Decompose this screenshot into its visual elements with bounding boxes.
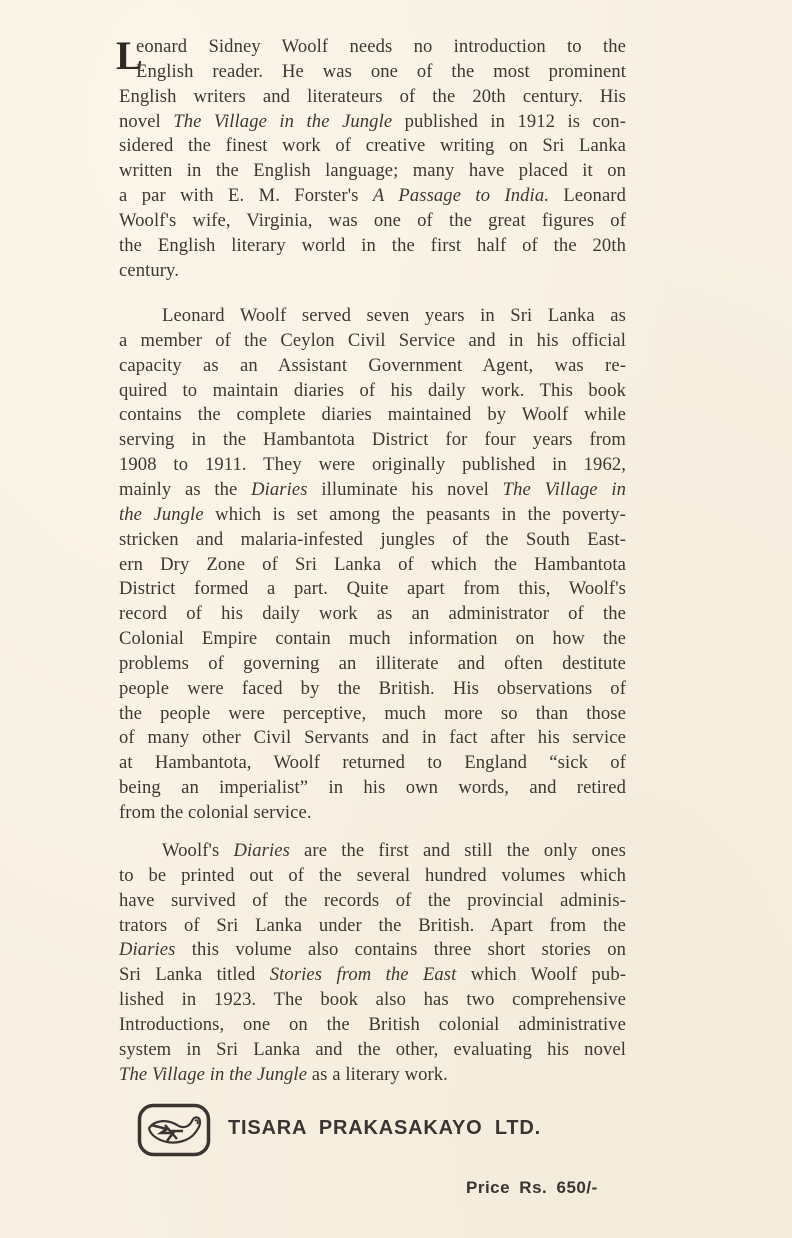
- text-segment: illuminate his novel: [308, 479, 503, 500]
- text-segment: capacity as an Assistant Government Agen…: [119, 355, 626, 376]
- text-line: Woolf's Diaries are the first and still …: [162, 840, 626, 862]
- italic-title: Diaries: [233, 840, 289, 861]
- text-line: a member of the Ceylon Civil Service and…: [119, 330, 626, 352]
- price-label: Price Rs. 650/-: [466, 1178, 598, 1198]
- text-line: being an imperialist” in his own words, …: [119, 777, 626, 799]
- text-segment: system in Sri Lanka and the other, evalu…: [119, 1039, 626, 1060]
- text-line: people were faced by the British. His ob…: [119, 678, 626, 700]
- text-line: Sri Lanka titled Stories from the East w…: [119, 964, 626, 986]
- text-line: the people were perceptive, much more so…: [119, 703, 626, 725]
- text-line: Introductions, one on the British coloni…: [119, 1014, 626, 1036]
- italic-title: The Village in: [503, 479, 626, 500]
- text-line: District formed a part. Quite apart from…: [119, 578, 626, 600]
- text-segment: as a literary work.: [307, 1064, 448, 1085]
- text-line: have survived of the records of the prov…: [119, 890, 626, 912]
- text-line: sidered the finest work of creative writ…: [119, 135, 626, 157]
- text-segment: to be printed out of the several hundred…: [119, 865, 626, 886]
- text-segment: of many other Civil Servants and in fact…: [119, 727, 626, 748]
- text-segment: the people were perceptive, much more so…: [119, 703, 626, 724]
- text-segment: lished in 1923. The book also has two co…: [119, 989, 626, 1010]
- text-line: at Hambantota, Woolf returned to England…: [119, 752, 626, 774]
- italic-title: The Village in the Jungle: [173, 111, 392, 132]
- text-line: English writers and literateurs of the 2…: [119, 86, 626, 108]
- text-segment: sidered the finest work of creative writ…: [119, 135, 626, 156]
- text-segment: which is set among the peasants in the p…: [204, 504, 626, 525]
- text-line: 1908 to 1911. They were originally publi…: [119, 454, 626, 476]
- text-line: from the colonial service.: [119, 802, 626, 824]
- text-segment: from the colonial service.: [119, 802, 312, 823]
- publisher-name: TISARA PRAKASAKAYO LTD.: [228, 1117, 541, 1140]
- text-segment: Leonard Woolf served seven years in Sri …: [162, 305, 626, 326]
- text-segment: the English literary world in the first …: [119, 235, 626, 256]
- italic-title: the Jungle: [119, 504, 204, 525]
- text-line: Woolf's wife, Virginia, was one of the g…: [119, 210, 626, 232]
- text-segment: century.: [119, 260, 179, 281]
- text-segment: Sri Lanka titled: [119, 964, 270, 985]
- text-line: trators of Sri Lanka under the British. …: [119, 915, 626, 937]
- text-line: capacity as an Assistant Government Agen…: [119, 355, 626, 377]
- text-line: of many other Civil Servants and in fact…: [119, 727, 626, 749]
- text-segment: have survived of the records of the prov…: [119, 890, 626, 911]
- text-line: English reader. He was one of the most p…: [136, 61, 626, 83]
- text-line: written in the English language; many ha…: [119, 160, 626, 182]
- italic-title: A Passage to India.: [373, 185, 549, 206]
- italic-title: The Village in the Jungle: [119, 1064, 307, 1085]
- text-line: mainly as the Diaries illuminate his nov…: [119, 479, 626, 501]
- text-segment: stricken and malaria-infested jungles of…: [119, 529, 626, 550]
- text-segment: 1908 to 1911. They were originally publi…: [119, 454, 626, 475]
- text-segment: a par with E. M. Forster's: [119, 185, 373, 206]
- italic-title: Diaries: [119, 939, 175, 960]
- text-segment: people were faced by the British. His ob…: [119, 678, 626, 699]
- text-line: Colonial Empire contain much information…: [119, 628, 626, 650]
- text-segment: English writers and literateurs of the 2…: [119, 86, 626, 107]
- text-segment: mainly as the: [119, 479, 251, 500]
- text-line: Diaries this volume also contains three …: [119, 939, 626, 961]
- book-back-cover: L eonard Sidney Woolf needs no introduct…: [0, 0, 792, 1238]
- text-segment: which Woolf pub-: [456, 964, 626, 985]
- text-line: stricken and malaria-infested jungles of…: [119, 529, 626, 551]
- text-line: serving in the Hambantota District for f…: [119, 429, 626, 451]
- text-line: novel The Village in the Jungle publishe…: [119, 111, 626, 133]
- text-segment: being an imperialist” in his own words, …: [119, 777, 626, 798]
- text-line: The Village in the Jungle as a literary …: [119, 1064, 626, 1086]
- text-segment: District formed a part. Quite apart from…: [119, 578, 626, 599]
- text-segment: record of his daily work as an administr…: [119, 603, 626, 624]
- text-segment: Woolf's wife, Virginia, was one of the g…: [119, 210, 626, 231]
- text-segment: are the first and still the only ones: [290, 840, 626, 861]
- text-line: contains the complete diaries maintained…: [119, 404, 626, 426]
- text-line: ern Dry Zone of Sri Lanka of which the H…: [119, 554, 626, 576]
- text-line: the Jungle which is set among the peasan…: [119, 504, 626, 526]
- text-segment: a member of the Ceylon Civil Service and…: [119, 330, 626, 351]
- text-line: the English literary world in the first …: [119, 235, 626, 257]
- text-segment: quired to maintain diaries of his daily …: [119, 380, 626, 401]
- text-segment: written in the English language; many ha…: [119, 160, 626, 181]
- text-line: Leonard Woolf served seven years in Sri …: [162, 305, 626, 327]
- italic-title: Stories from the East: [270, 964, 457, 985]
- text-segment: novel: [119, 111, 173, 132]
- text-segment: published in 1912 is con-: [392, 111, 626, 132]
- text-segment: at Hambantota, Woolf returned to England…: [119, 752, 626, 773]
- text-line: a par with E. M. Forster's A Passage to …: [119, 185, 626, 207]
- text-segment: problems of governing an illiterate and …: [119, 653, 626, 674]
- text-segment: this volume also contains three short st…: [175, 939, 626, 960]
- text-line: century.: [119, 260, 626, 282]
- text-segment: Colonial Empire contain much information…: [119, 628, 626, 649]
- text-line: record of his daily work as an administr…: [119, 603, 626, 625]
- text-segment: Introductions, one on the British coloni…: [119, 1014, 626, 1035]
- text-segment: contains the complete diaries maintained…: [119, 404, 626, 425]
- italic-title: Diaries: [251, 479, 307, 500]
- text-line: quired to maintain diaries of his daily …: [119, 380, 626, 402]
- text-line: problems of governing an illiterate and …: [119, 653, 626, 675]
- text-line: lished in 1923. The book also has two co…: [119, 989, 626, 1011]
- text-segment: English reader. He was one of the most p…: [136, 61, 626, 82]
- text-line: system in Sri Lanka and the other, evalu…: [119, 1039, 626, 1061]
- swan-bird-logo-icon: [137, 1103, 211, 1157]
- text-segment: Woolf's: [162, 840, 233, 861]
- text-segment: eonard Sidney Woolf needs no introductio…: [136, 36, 626, 57]
- text-line: eonard Sidney Woolf needs no introductio…: [136, 36, 626, 58]
- text-segment: serving in the Hambantota District for f…: [119, 429, 626, 450]
- text-segment: ern Dry Zone of Sri Lanka of which the H…: [119, 554, 626, 575]
- text-segment: trators of Sri Lanka under the British. …: [119, 915, 626, 936]
- text-line: to be printed out of the several hundred…: [119, 865, 626, 887]
- text-segment: Leonard: [549, 185, 626, 206]
